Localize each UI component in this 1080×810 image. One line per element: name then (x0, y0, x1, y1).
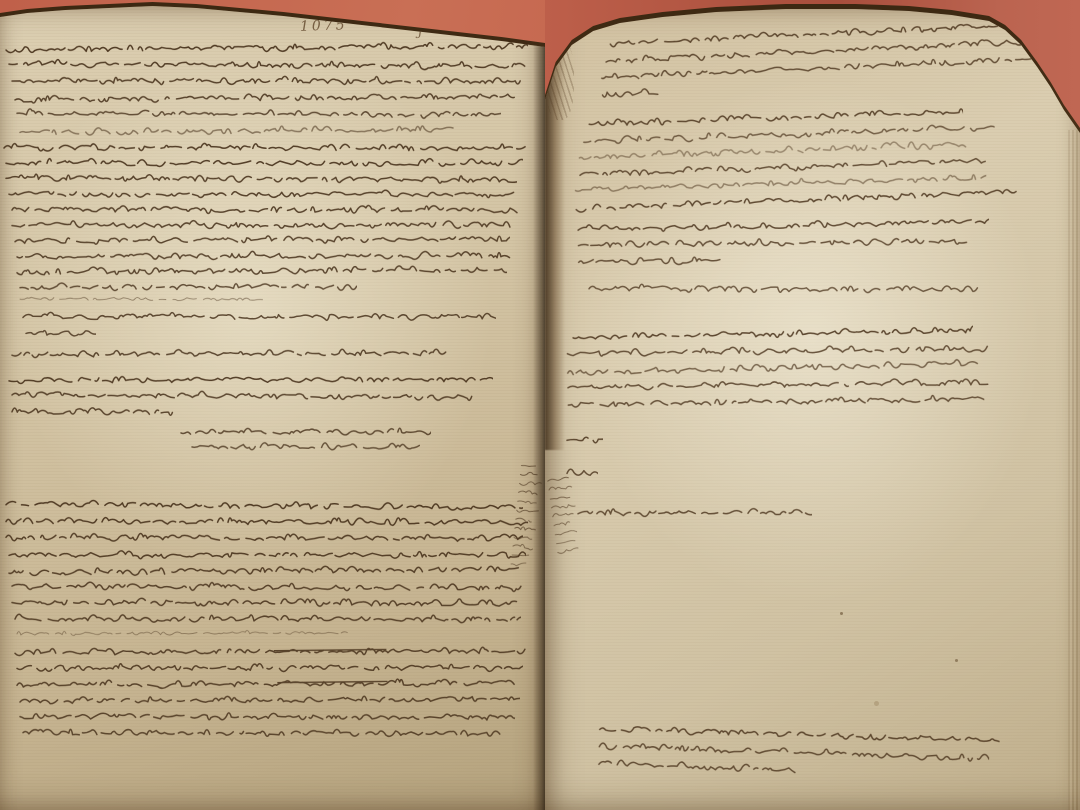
script-line (11, 345, 447, 361)
script-line (16, 262, 507, 279)
script-line (11, 73, 523, 88)
faded-entry (545, 99, 1080, 118)
script-line (5, 496, 523, 513)
right-page-text (545, 0, 1080, 810)
script-line (577, 505, 812, 520)
script-line (601, 84, 661, 101)
script-line (572, 323, 973, 344)
script-line (25, 325, 96, 339)
script-line (16, 247, 512, 262)
script-line (556, 544, 580, 561)
page-stack-edge (1068, 130, 1080, 810)
closing-entry (545, 720, 1080, 734)
script-line (191, 439, 420, 454)
script-line (14, 231, 510, 248)
witness-entry (545, 321, 1080, 330)
script-line (567, 374, 990, 393)
script-line (597, 756, 795, 776)
script-line (566, 432, 603, 446)
script-line (16, 675, 517, 691)
paper-specks (840, 612, 843, 615)
right-photo (545, 0, 1080, 810)
script-line (19, 708, 515, 723)
script-line (11, 217, 512, 231)
left-page: 1075 ƒ— m — 1 (0, 0, 545, 810)
margin-note (546, 472, 572, 476)
script-line (5, 513, 528, 529)
script-line (11, 202, 518, 217)
left-page-text (0, 0, 545, 810)
manuscript-photo: 1075 ƒ— m — 1 (0, 0, 1080, 810)
dated-entry (545, 213, 1080, 222)
script-line (14, 611, 521, 626)
script-line (19, 122, 455, 138)
script-line (5, 529, 523, 545)
script-line (5, 38, 528, 55)
script-line (5, 170, 517, 186)
script-line (566, 465, 598, 479)
script-line (568, 391, 985, 411)
script-line (509, 558, 526, 574)
script-line (8, 561, 520, 578)
script-line (180, 423, 431, 438)
script-line (8, 186, 515, 200)
script-line (588, 280, 979, 295)
script-line (5, 155, 523, 169)
script-line (11, 403, 175, 418)
script-line (11, 578, 523, 595)
script-line (19, 690, 520, 707)
script-line (3, 140, 526, 155)
gutter-shadow (533, 0, 545, 810)
left-photo: 1075 ƒ— m — 1 (0, 0, 545, 810)
script-line (22, 309, 496, 323)
script-line (578, 252, 722, 268)
script-line (8, 371, 493, 386)
script-line (14, 88, 515, 105)
script-line (8, 547, 526, 561)
script-line (19, 294, 264, 309)
script-line (11, 387, 474, 404)
script-line (19, 279, 357, 294)
script-line (16, 628, 354, 643)
script-line (8, 56, 526, 73)
right-page (545, 0, 1080, 810)
script-line (16, 660, 523, 674)
script-line (16, 105, 501, 121)
script-line (14, 643, 526, 659)
script-line (577, 233, 968, 251)
script-line (22, 724, 502, 740)
script-line (11, 594, 518, 610)
